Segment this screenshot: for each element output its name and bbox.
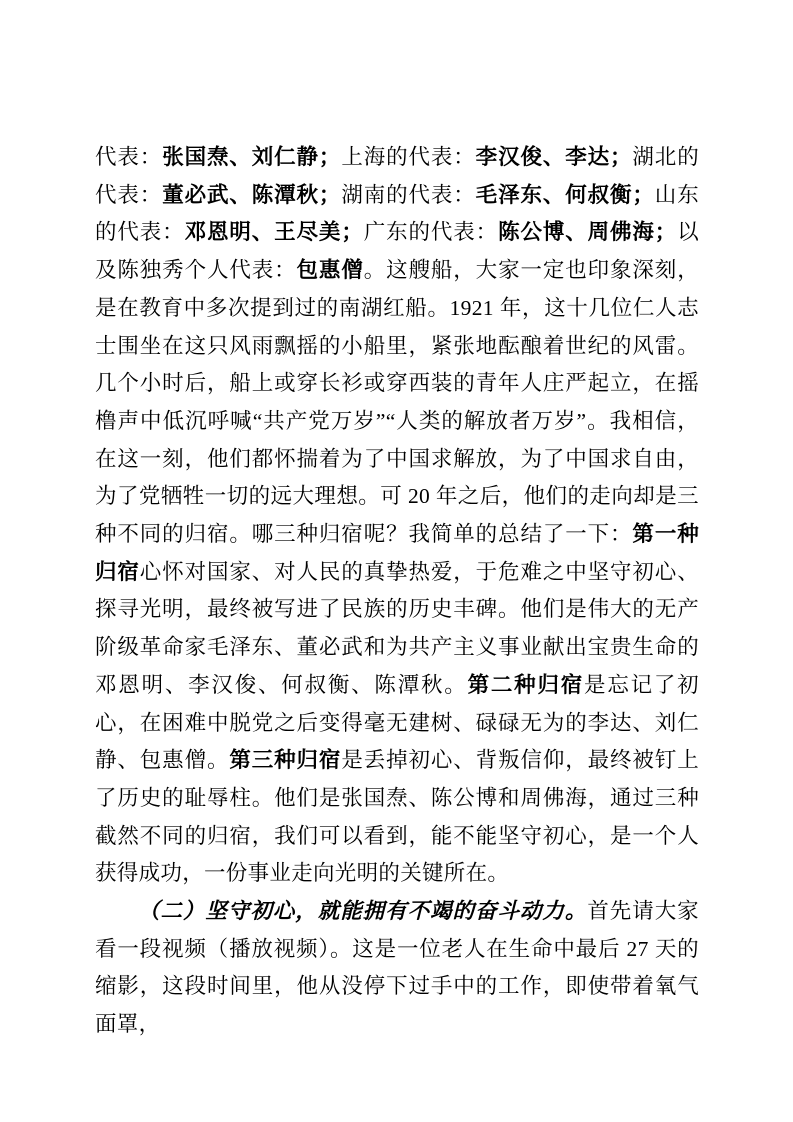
text-run-bold: 第三种归宿	[229, 748, 341, 772]
text-run-bold: 邓恩明、王尽美；	[185, 220, 364, 244]
text-run-bold: 毛泽东、何叔衡；	[476, 183, 655, 207]
document-body: 代表：张国焘、刘仁静；上海的代表：李汉俊、李达；湖北的代表：董必武、陈潭秋；湖南…	[95, 139, 699, 1044]
text-run-bold: 李汉俊、李达；	[476, 145, 632, 169]
text-run-regular: 代表：	[95, 145, 162, 169]
paragraph: （二）坚守初心，就能拥有不竭的奋斗动力。首先请大家看一段视频（播放视频）。这是一…	[95, 893, 699, 1044]
text-run-bold: 张国焘、刘仁静；	[162, 145, 341, 169]
text-run-regular: 湖南的代表：	[341, 183, 476, 207]
paragraph: 代表：张国焘、刘仁静；上海的代表：李汉俊、李达；湖北的代表：董必武、陈潭秋；湖南…	[95, 139, 699, 893]
text-run-regular: 上海的代表：	[341, 145, 476, 169]
document-page: 代表：张国焘、刘仁静；上海的代表：李汉俊、李达；湖北的代表：董必武、陈潭秋；湖南…	[0, 0, 793, 1122]
text-run-regular: 广东的代表：	[363, 220, 498, 244]
text-run-bold: 董必武、陈潭秋；	[162, 183, 341, 207]
text-run-kai-bold: （二）坚守初心，就能拥有不竭的奋斗动力。	[138, 899, 587, 923]
text-run-regular: 。这艘船，大家一定也印象深刻，是在教育中多次提到过的南湖红船。1921 年，这十…	[95, 258, 699, 546]
text-run-bold: 包惠僧	[297, 258, 364, 282]
text-run-bold: 陈公博、周佛海；	[498, 220, 677, 244]
text-run-bold: 第二种归宿	[468, 673, 584, 697]
